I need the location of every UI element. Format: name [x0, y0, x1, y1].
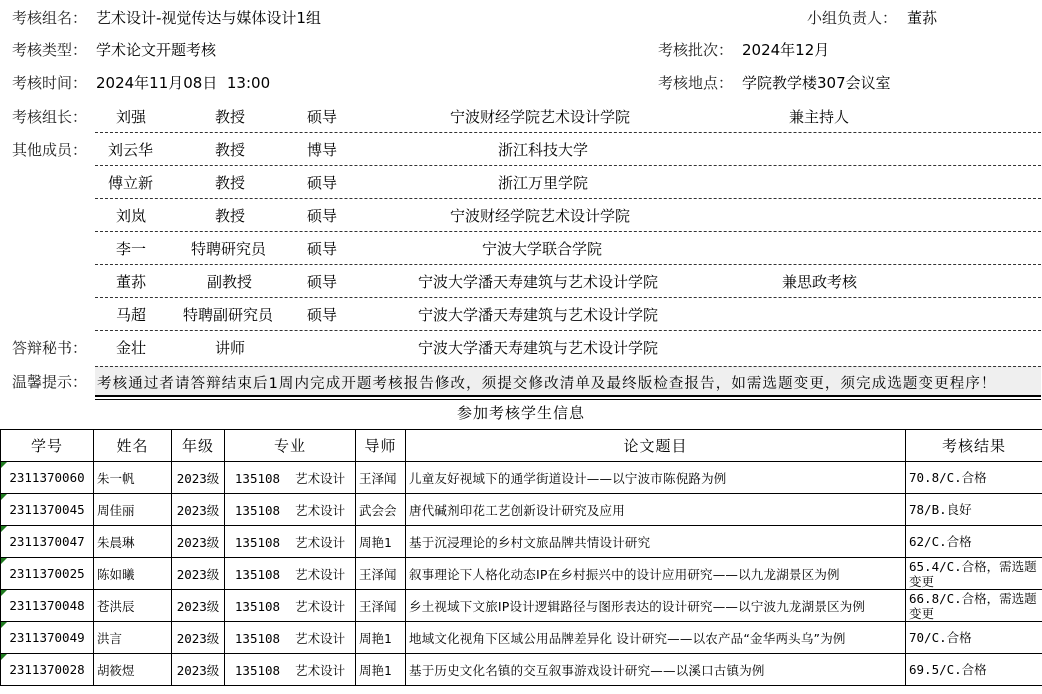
- thesis-title[interactable]: 地域文化视角下区域公用品牌差异化 设计研究——以农产品“金华两头乌”为例: [406, 622, 906, 654]
- double-rule: [95, 395, 1041, 400]
- divider: [95, 330, 1041, 331]
- student-advisor[interactable]: 王泽闻: [356, 558, 406, 590]
- divider: [95, 165, 1041, 166]
- student-major[interactable]: 135108 艺术设计: [225, 558, 356, 590]
- student-id-cell[interactable]: 2311370060: [1, 462, 94, 494]
- table-row: 2311370028 胡筱煜 2023级 135108 艺术设计 周艳1 基于历…: [1, 654, 1042, 686]
- notice-band: 考核通过者请答辩结束后1周内完成开题考核报告修改，须提交修改清单及最终版检查报告…: [95, 366, 1041, 396]
- member-title: 教授: [215, 173, 245, 193]
- student-name[interactable]: 朱一帆: [94, 462, 172, 494]
- student-major[interactable]: 135108 艺术设计: [225, 654, 356, 686]
- member-name: 刘强: [116, 107, 146, 127]
- member-title: 副教授: [207, 272, 252, 292]
- thesis-title[interactable]: 乡土视域下文旅IP设计逻辑路径与图形表达的设计研究——以宁波九龙湖景区为例: [406, 590, 906, 622]
- student-major[interactable]: 135108 艺术设计: [225, 590, 356, 622]
- comment-indicator-icon: [1, 654, 7, 660]
- member-name: 刘云华: [108, 140, 153, 160]
- assessment-result[interactable]: 69.5/C.合格: [906, 654, 1042, 686]
- secretary-label: 答辩秘书：: [12, 338, 87, 358]
- student-id: 2311370049: [9, 630, 84, 645]
- comment-indicator-icon: [1, 622, 7, 628]
- student-id: 2311370025: [9, 566, 84, 581]
- students-table: 学号 姓名 年级 专业 导师 论文题目 考核结果 2311370060 朱一帆 …: [0, 429, 1042, 686]
- assessment-result[interactable]: 78/B.良好: [906, 494, 1042, 526]
- assessment-result[interactable]: 66.8/C.合格，需选题变更: [906, 590, 1042, 622]
- assessment-result[interactable]: 62/C.合格: [906, 526, 1042, 558]
- member-name: 董荪: [116, 272, 146, 292]
- comment-indicator-icon: [1, 590, 7, 596]
- member-title: 特聘研究员: [191, 239, 266, 259]
- divider: [95, 198, 1041, 199]
- leader-label: 小组负责人：: [807, 8, 897, 28]
- member-note: 兼主持人: [789, 107, 849, 127]
- comment-indicator-icon: [1, 558, 7, 564]
- member-supervisor: 硕导: [307, 107, 337, 127]
- group-name-label: 考核组名：: [12, 8, 87, 28]
- student-id-cell[interactable]: 2311370028: [1, 654, 94, 686]
- student-grade[interactable]: 2023级: [172, 590, 225, 622]
- location-value: 学院教学楼307会议室: [742, 73, 891, 93]
- student-id: 2311370028: [9, 662, 84, 677]
- student-advisor[interactable]: 王泽闻: [356, 462, 406, 494]
- student-major[interactable]: 135108 艺术设计: [225, 526, 356, 558]
- student-major[interactable]: 135108 艺术设计: [225, 494, 356, 526]
- table-header-row: 学号 姓名 年级 专业 导师 论文题目 考核结果: [1, 430, 1042, 462]
- table-row: 2311370045 周佳丽 2023级 135108 艺术设计 武会会 唐代碱…: [1, 494, 1042, 526]
- student-grade[interactable]: 2023级: [172, 462, 225, 494]
- assessment-result[interactable]: 65.4/C.合格，需选题变更: [906, 558, 1042, 590]
- thesis-title[interactable]: 儿童友好视域下的通学街道设计——以宁波市陈倪路为例: [406, 462, 906, 494]
- student-id-cell[interactable]: 2311370045: [1, 494, 94, 526]
- thesis-title[interactable]: 唐代碱剂印花工艺创新设计研究及应用: [406, 494, 906, 526]
- student-name[interactable]: 周佳丽: [94, 494, 172, 526]
- member-name: 刘岚: [116, 206, 146, 226]
- member-title: 特聘副研究员: [183, 305, 273, 325]
- member-supervisor: 硕导: [307, 173, 337, 193]
- member-title: 教授: [215, 206, 245, 226]
- student-advisor[interactable]: 周艳1: [356, 654, 406, 686]
- student-name[interactable]: 胡筱煜: [94, 654, 172, 686]
- col-header-title: 论文题目: [406, 430, 906, 462]
- student-id: 2311370060: [9, 470, 84, 485]
- student-id-cell[interactable]: 2311370025: [1, 558, 94, 590]
- section-title: 参加考核学生信息: [0, 402, 1042, 423]
- member-note: 兼思政考核: [782, 272, 857, 292]
- leader-value: 董荪: [907, 8, 937, 28]
- divider: [95, 132, 1041, 133]
- member-supervisor: 博导: [307, 140, 337, 160]
- member-title: 教授: [215, 140, 245, 160]
- student-grade[interactable]: 2023级: [172, 494, 225, 526]
- member-name: 马超: [116, 305, 146, 325]
- student-id-cell[interactable]: 2311370048: [1, 590, 94, 622]
- student-id-cell[interactable]: 2311370047: [1, 526, 94, 558]
- col-header-grade: 年级: [172, 430, 225, 462]
- col-header-major: 专业: [225, 430, 356, 462]
- time-value: 2024年11月08日 13:00: [96, 73, 270, 93]
- col-header-id: 学号: [1, 430, 94, 462]
- comment-indicator-icon: [1, 526, 7, 532]
- member-supervisor: 硕导: [307, 239, 337, 259]
- student-name[interactable]: 苍洪辰: [94, 590, 172, 622]
- student-major[interactable]: 135108 艺术设计: [225, 462, 356, 494]
- thesis-title[interactable]: 基于历史文化名镇的交互叙事游戏设计研究——以溪口古镇为例: [406, 654, 906, 686]
- table-row: 2311370025 陈如曦 2023级 135108 艺术设计 王泽闻 叙事理…: [1, 558, 1042, 590]
- member-org: 宁波大学潘天寿建筑与艺术设计学院: [418, 272, 658, 292]
- member-title: 讲师: [215, 338, 245, 358]
- thesis-title[interactable]: 基于沉浸理论的乡村文旅品牌共情设计研究: [406, 526, 906, 558]
- divider: [95, 231, 1041, 232]
- col-header-advisor: 导师: [356, 430, 406, 462]
- student-grade[interactable]: 2023级: [172, 622, 225, 654]
- col-header-name: 姓名: [94, 430, 172, 462]
- comment-indicator-icon: [1, 462, 7, 468]
- table-row: 2311370060 朱一帆 2023级 135108 艺术设计 王泽闻 儿童友…: [1, 462, 1042, 494]
- divider: [95, 297, 1041, 298]
- member-supervisor: 硕导: [307, 272, 337, 292]
- student-name[interactable]: 朱晨琳: [94, 526, 172, 558]
- student-id: 2311370047: [9, 534, 84, 549]
- member-org: 宁波大学联合学院: [482, 239, 602, 259]
- notice-text: 考核通过者请答辩结束后1周内完成开题考核报告修改，须提交修改清单及最终版检查报告…: [97, 372, 997, 393]
- type-value: 学术论文开题考核: [96, 40, 216, 60]
- member-org: 宁波财经学院艺术设计学院: [450, 206, 630, 226]
- thesis-title[interactable]: 叙事理论下人格化动态IP在乡村振兴中的设计应用研究——以九龙湖景区为例: [406, 558, 906, 590]
- table-row: 2311370049 洪言 2023级 135108 艺术设计 周艳1 地域文化…: [1, 622, 1042, 654]
- member-org: 浙江科技大学: [498, 140, 588, 160]
- table-row: 2311370048 苍洪辰 2023级 135108 艺术设计 王泽闻 乡土视…: [1, 590, 1042, 622]
- student-advisor[interactable]: 王泽闻: [356, 590, 406, 622]
- location-label: 考核地点：: [658, 73, 733, 93]
- student-advisor[interactable]: 周艳1: [356, 526, 406, 558]
- student-grade[interactable]: 2023级: [172, 558, 225, 590]
- student-advisor[interactable]: 武会会: [356, 494, 406, 526]
- student-major[interactable]: 135108 艺术设计: [225, 622, 356, 654]
- member-supervisor: 硕导: [307, 206, 337, 226]
- assessment-result[interactable]: 70.8/C.合格: [906, 462, 1042, 494]
- notice-label: 温馨提示：: [12, 372, 87, 392]
- group-name-value: 艺术设计-视觉传达与媒体设计1组: [96, 8, 321, 28]
- member-org: 宁波财经学院艺术设计学院: [450, 107, 630, 127]
- student-advisor[interactable]: 周艳1: [356, 622, 406, 654]
- type-label: 考核类型：: [12, 40, 87, 60]
- batch-value: 2024年12月: [742, 40, 829, 60]
- comment-indicator-icon: [1, 494, 7, 500]
- student-grade[interactable]: 2023级: [172, 654, 225, 686]
- student-grade[interactable]: 2023级: [172, 526, 225, 558]
- members-label: 其他成员：: [12, 140, 87, 160]
- member-title: 教授: [215, 107, 245, 127]
- member-name: 李一: [116, 239, 146, 259]
- assessment-result[interactable]: 70/C.合格: [906, 622, 1042, 654]
- member-name: 傅立新: [108, 173, 153, 193]
- member-supervisor: 硕导: [307, 305, 337, 325]
- col-header-result: 考核结果: [906, 430, 1042, 462]
- divider: [95, 264, 1041, 265]
- member-org: 宁波大学潘天寿建筑与艺术设计学院: [418, 305, 658, 325]
- member-org: 浙江万里学院: [498, 173, 588, 193]
- chair-label: 考核组长：: [12, 107, 87, 127]
- batch-label: 考核批次：: [658, 40, 733, 60]
- student-id: 2311370048: [9, 598, 84, 613]
- student-id: 2311370045: [9, 502, 84, 517]
- table-row: 2311370047 朱晨琳 2023级 135108 艺术设计 周艳1 基于沉…: [1, 526, 1042, 558]
- time-label: 考核时间：: [12, 73, 87, 93]
- student-id-cell[interactable]: 2311370049: [1, 622, 94, 654]
- student-name[interactable]: 洪言: [94, 622, 172, 654]
- member-name: 金壮: [116, 338, 146, 358]
- student-name[interactable]: 陈如曦: [94, 558, 172, 590]
- member-org: 宁波大学潘天寿建筑与艺术设计学院: [418, 338, 658, 358]
